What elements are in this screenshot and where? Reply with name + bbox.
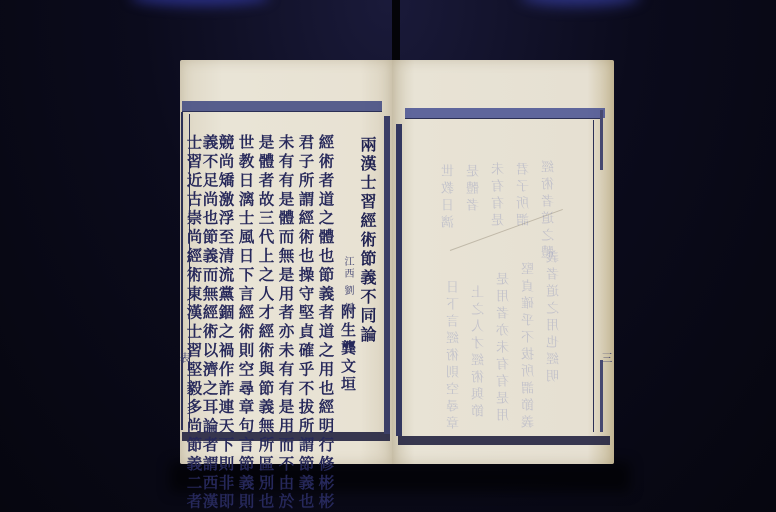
essay-title: 兩漢士習經術節義不同論 [359,136,375,345]
text-column-6: 競尚矯激浮至清流黨錮之禍作詐連天下則非即 [218,134,234,512]
show-through-text: 經術者道之體 [540,160,559,262]
background-light-reflection [520,0,640,6]
text-column-4: 是體者故三代上之人才經術與節義無所區別也 [258,134,274,512]
right-inner-rule [593,120,594,432]
text-block: 兩漢士習經術節義不同論 江西 劉 鳳 附生龔文垣 經術者道之體也節義者道之用也經… [190,112,388,434]
show-through-text: 日下言經術則空尋章 [445,280,464,433]
text-column-3: 未有有是體而無是用者亦未有有是用而不由於 [278,134,294,512]
top-border-bar [182,101,382,111]
show-through-text: 世教日漓 [440,164,459,232]
author-line-main: 附生龔文垣 [340,304,355,394]
show-through-text: 堅貞確乎不拔所謂節義 [520,262,539,432]
bottom-border-bar [398,436,610,445]
show-through-text: 是用者亦未有有是用 [495,272,514,425]
background-seam [392,0,400,60]
show-through-text: 上之人才經術與節 [470,285,489,421]
text-column-8: 士習近古崇尚經術東漢士習堅毅多尚節義二者 [186,134,202,512]
show-through-text: 義者道之用也經明 [545,250,564,386]
right-outer-rule-top [600,110,603,170]
text-column-2: 君子所謂經術也操守堅貞確乎不拔所謂節義也 [298,134,314,512]
top-border-rule [405,118,600,119]
page-margin-mark: 三 [598,352,614,363]
background-light-reflection [130,0,270,6]
text-column-5: 世教日漓士風日下言經術則空尋章句言節義則 [238,134,254,512]
left-border-bar [396,124,402,436]
show-through-text: 是體者 [465,164,484,215]
text-column-7: 義不足尚也節義而無經術以濟之耳論者謂西漢 [202,134,218,512]
show-through-text: 未有有是 [490,162,509,230]
show-through-text: 君子所謂 [515,162,534,230]
text-column-1: 經術者道之體也節義者道之用也經明行修彬彬 [318,134,334,512]
right-outer-rule-bottom [600,360,603,432]
top-border-bar [405,108,605,118]
left-outer-rule [181,112,183,430]
